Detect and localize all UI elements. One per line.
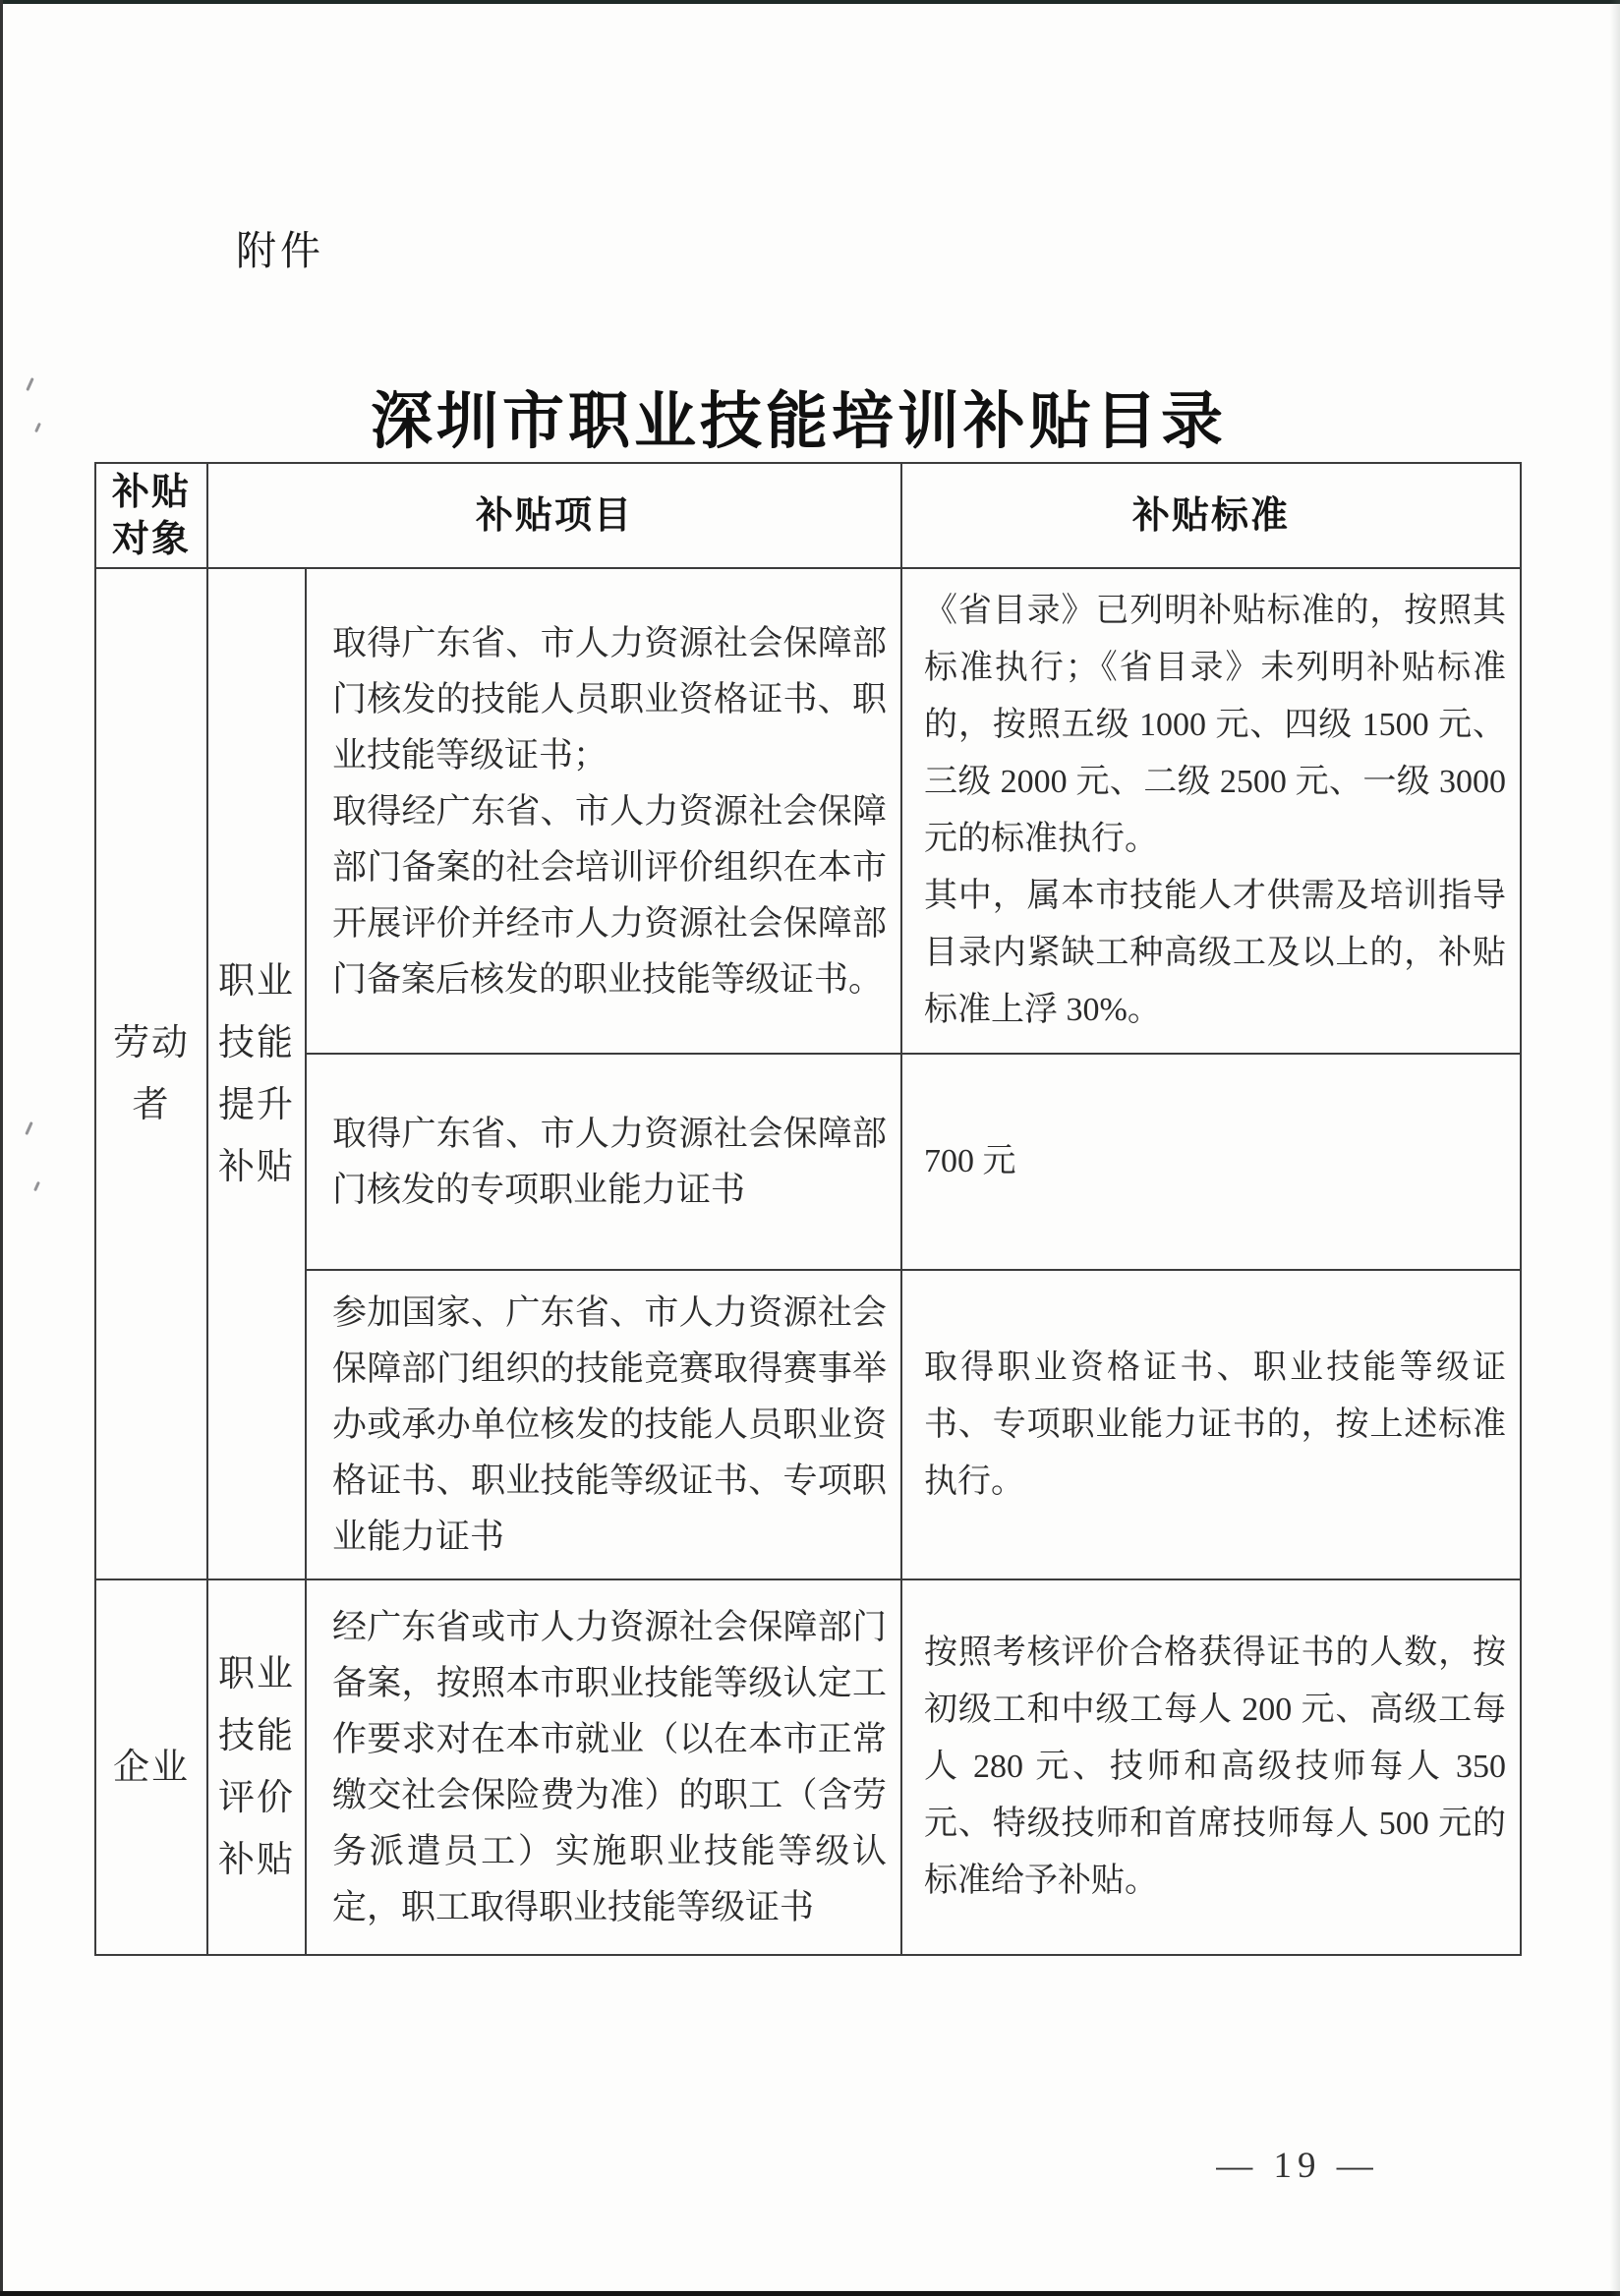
table-header-row: 补贴 对象 补贴项目 补贴标准 xyxy=(95,463,1521,568)
header-subsidy-standard: 补贴标准 xyxy=(901,463,1521,568)
header-subsidy-target: 补贴 对象 xyxy=(95,463,207,568)
scan-speck xyxy=(25,1121,32,1135)
page-number: — 19 — xyxy=(1140,2145,1455,2187)
page-title: 深圳市职业技能培训补贴目录 xyxy=(0,372,1597,461)
category-label-skill-upgrade-subsidy: 职业 技能 提升 补贴 xyxy=(207,568,306,1579)
table-row: 劳动 者 职业 技能 提升 补贴 取得广东省、市人力资源社会保障部门核发的技能人… xyxy=(95,568,1521,1054)
target-label-worker: 劳动 者 xyxy=(95,568,207,1579)
standard-cell-catalog-levels: 《省目录》已列明补贴标准的，按照其标准执行；《省目录》未列明补贴标准的，按照五级… xyxy=(901,568,1521,1054)
item-cell-special-ability-certificate: 取得广东省、市人力资源社会保障部门核发的专项职业能力证书 xyxy=(306,1054,901,1270)
header-subsidy-item: 补贴项目 xyxy=(207,463,901,568)
category-label-skill-evaluation-subsidy: 职业 技能 评价 补贴 xyxy=(207,1579,306,1955)
scan-speck xyxy=(33,1181,40,1191)
scan-edge-right xyxy=(1610,0,1620,2296)
standard-cell-per-person-rates: 按照考核评价合格获得证书的人数，按初级工和中级工每人 200 元、高级工每人 2… xyxy=(901,1579,1521,1955)
standard-cell-same-as-above: 取得职业资格证书、职业技能等级证书、专项职业能力证书的，按上述标准执行。 xyxy=(901,1270,1521,1579)
scan-edge-left xyxy=(0,0,3,2296)
table-row: 企业 职业 技能 评价 补贴 经广东省或市人力资源社会保障部门备案，按照本市职业… xyxy=(95,1579,1521,1955)
table-row: 取得广东省、市人力资源社会保障部门核发的专项职业能力证书 700 元 xyxy=(95,1054,1521,1270)
subsidy-table: 补贴 对象 补贴项目 补贴标准 劳动 者 职业 技能 提升 补贴 取得广东省、市… xyxy=(94,462,1522,1956)
item-cell-skill-competition: 参加国家、广东省、市人力资源社会保障部门组织的技能竞赛取得赛事举办或承办单位核发… xyxy=(306,1270,901,1579)
attachment-label: 附件 xyxy=(236,218,324,276)
item-cell-enterprise-grade-assessment: 经广东省或市人力资源社会保障部门备案，按照本市职业技能等级认定工作要求对在本市就… xyxy=(306,1579,901,1955)
table-row: 参加国家、广东省、市人力资源社会保障部门组织的技能竞赛取得赛事举办或承办单位核发… xyxy=(95,1270,1521,1579)
standard-cell-700-yuan: 700 元 xyxy=(901,1054,1521,1270)
scan-edge-bottom xyxy=(0,2291,1620,2296)
scan-edge-top xyxy=(0,0,1620,4)
document-page: 附件 深圳市职业技能培训补贴目录 补贴 对象 补贴项目 补贴标准 劳动 者 职业… xyxy=(0,0,1620,2296)
target-label-enterprise: 企业 xyxy=(95,1579,207,1955)
item-cell-certificates: 取得广东省、市人力资源社会保障部门核发的技能人员职业资格证书、职业技能等级证书；… xyxy=(306,568,901,1054)
